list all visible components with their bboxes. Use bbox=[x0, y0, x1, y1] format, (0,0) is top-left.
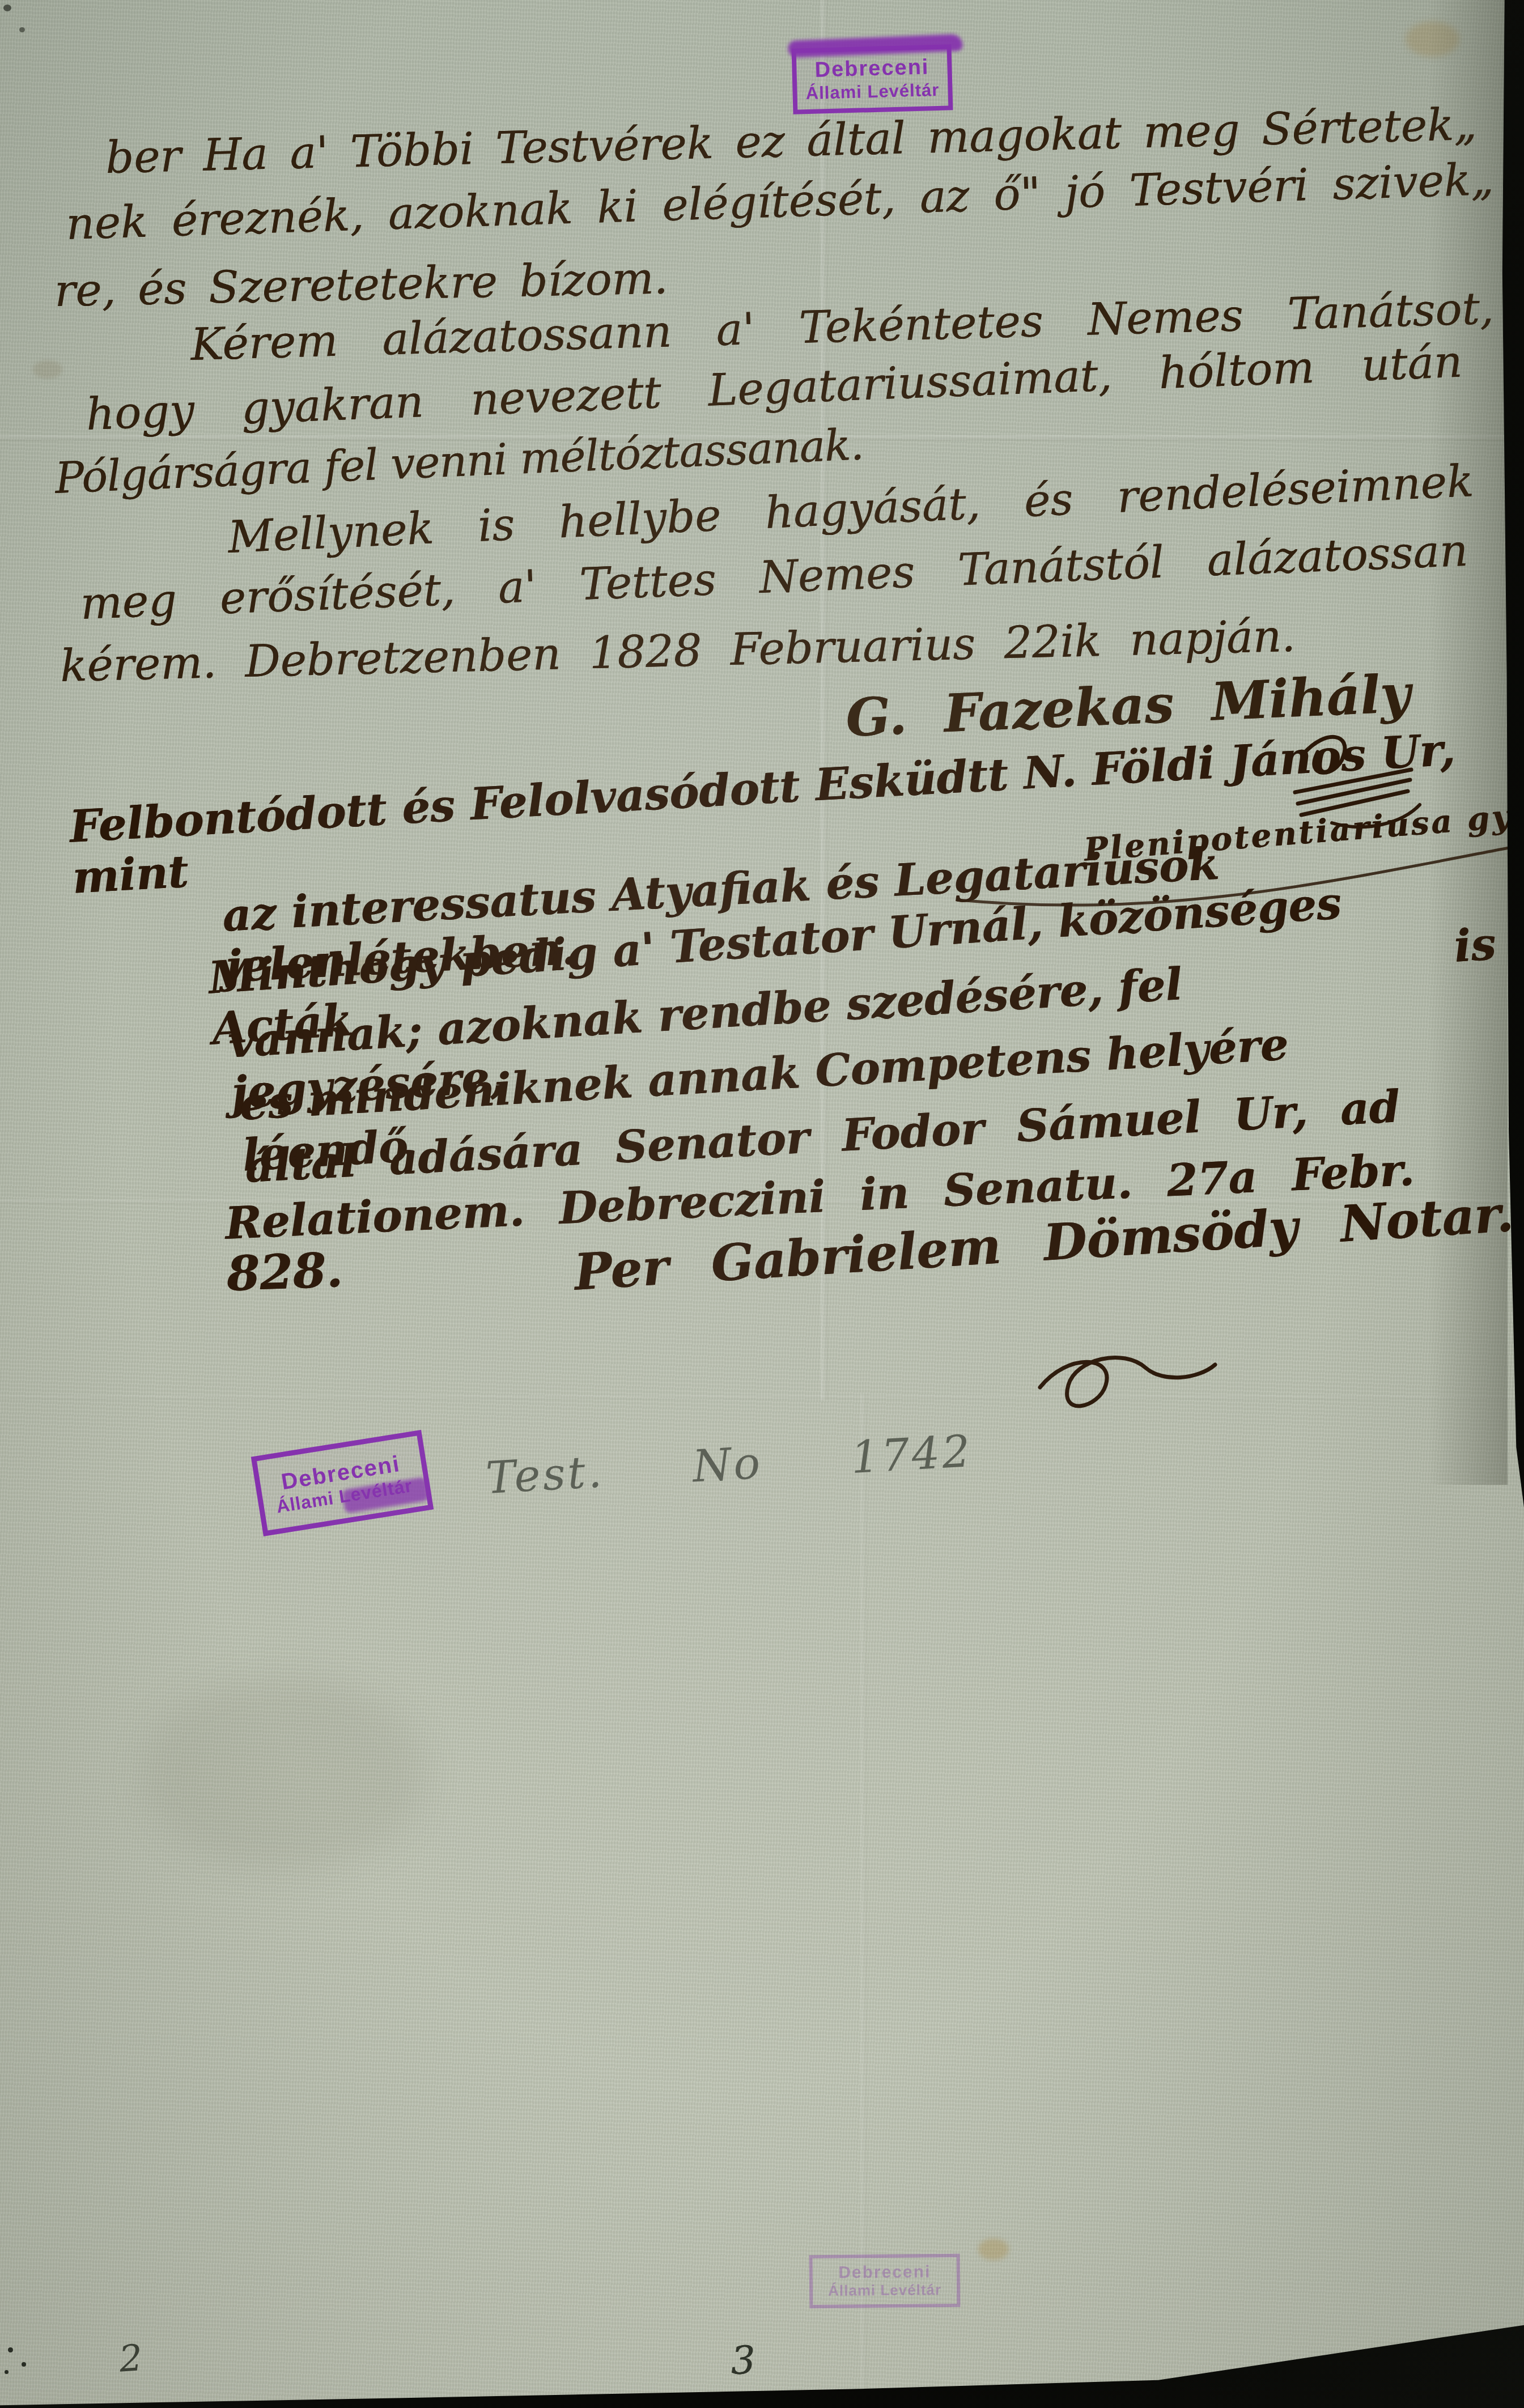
stamp-text-line1: Debreceni bbox=[814, 56, 929, 83]
stamp-text-line2: Állami Levéltár bbox=[828, 2282, 941, 2300]
document-scan: ber Ha a' Többi Testvérek ez által magok… bbox=[0, 0, 1524, 2408]
stamp-text-line1: Debreceni bbox=[838, 2262, 931, 2283]
page-number-left: 2 bbox=[118, 2338, 144, 2381]
archive-stamp-top: Debreceni Állami Levéltár bbox=[792, 44, 953, 114]
archive-stamp-bottom-faint: Debreceni Állami Levéltár bbox=[809, 2254, 961, 2308]
page-number-right: 3 bbox=[730, 2338, 756, 2384]
stamp-text-line2: Állami Levéltár bbox=[805, 80, 939, 104]
year-numeral: 828. bbox=[226, 1243, 343, 1302]
